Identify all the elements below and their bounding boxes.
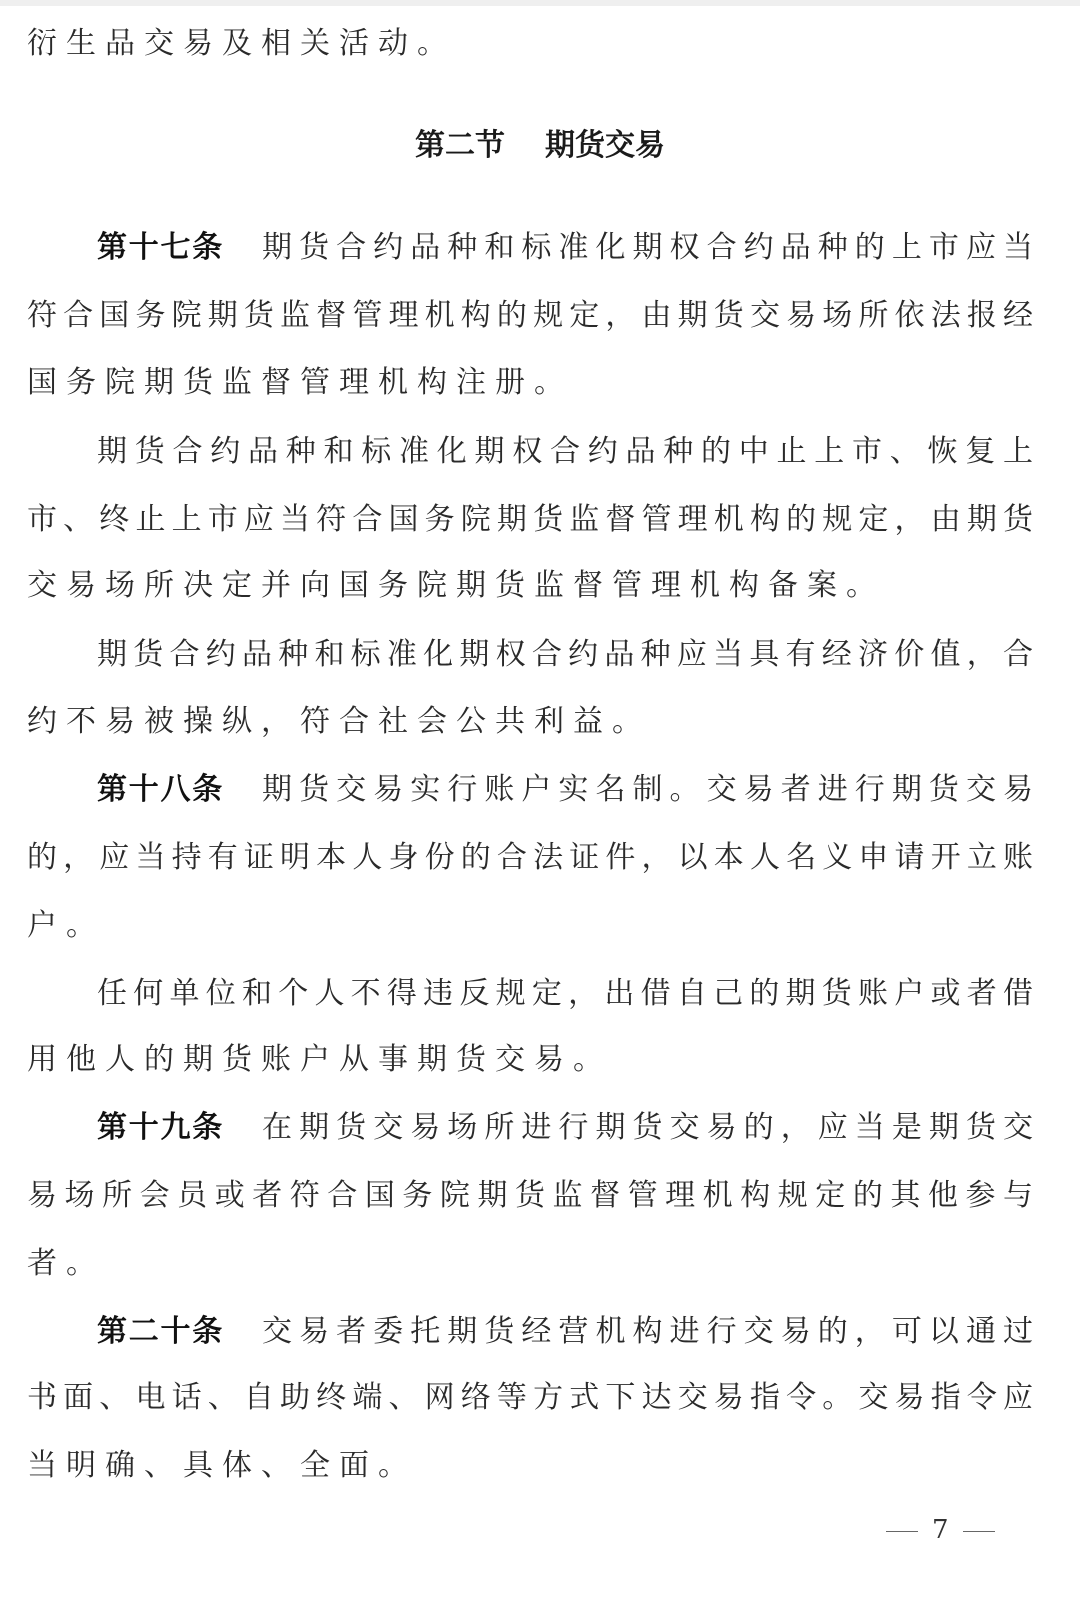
text-line: 用他人的期货账户从事期货交易。 bbox=[27, 1040, 1033, 1080]
article-label: 第二十条 bbox=[97, 1314, 224, 1349]
article-18-line-1: 第十八条期 货 交 易 实 行 账 户 实 名 制 。 交 易 者 进 行 期 … bbox=[97, 770, 1033, 810]
text-line: 期 货 合 约 品 种 和 标 准 化 期 权 合 约 品 种 的 中 止 上 … bbox=[97, 432, 1033, 472]
article-label: 第十七条 bbox=[97, 230, 224, 265]
section-heading: 第二节期货交易 bbox=[0, 126, 1080, 166]
text-line: 易 场 所 会 员 或 者 符 合 国 务 院 期 货 监 督 管 理 机 构 … bbox=[27, 1176, 1033, 1216]
text-line: 市 、 终 止 上 市 应 当 符 合 国 务 院 期 货 监 督 管 理 机 … bbox=[27, 500, 1033, 540]
dash-right bbox=[963, 1531, 995, 1532]
article-label: 第十九条 bbox=[97, 1110, 224, 1145]
text-line: 任 何 单 位 和 个 人 不 得 违 反 规 定 ， 出 借 自 己 的 期 … bbox=[97, 974, 1033, 1014]
page-number: 7 bbox=[872, 1512, 1009, 1548]
article-17-line-1: 第十七条期 货 合 约 品 种 和 标 准 化 期 权 合 约 品 种 的 上 … bbox=[97, 228, 1033, 268]
text-line: 国务院期货监督管理机构注册。 bbox=[27, 363, 1033, 403]
section-title: 期货交易 bbox=[545, 128, 665, 163]
text-line: 者。 bbox=[27, 1244, 1033, 1284]
article-20-line-1: 第二十条交 易 者 委 托 期 货 经 营 机 构 进 行 交 易 的 ， 可 … bbox=[97, 1312, 1033, 1352]
text-line: 约不易被操纵，符合社会公共利益。 bbox=[27, 702, 1033, 742]
text-line: 衍生品交易及相关活动。 bbox=[27, 24, 1033, 64]
text-line: 户。 bbox=[27, 906, 1033, 946]
text-line: 期 货 合 约 品 种 和 标 准 化 期 权 合 约 品 种 应 当 具 有 … bbox=[97, 635, 1033, 675]
article-19-line-1: 第十九条在 期 货 交 易 场 所 进 行 期 货 交 易 的 ， 应 当 是 … bbox=[97, 1108, 1033, 1148]
text-line: 书 面 、 电 话 、 自 助 终 端 、 网 络 等 方 式 下 达 交 易 … bbox=[27, 1378, 1033, 1418]
dash-left bbox=[886, 1531, 918, 1532]
text-line: 交易场所决定并向国务院期货监督管理机构备案。 bbox=[27, 566, 1033, 606]
section-number: 第二节 bbox=[415, 128, 505, 163]
text-line: 符 合 国 务 院 期 货 监 督 管 理 机 构 的 规 定 ， 由 期 货 … bbox=[27, 296, 1033, 336]
article-label: 第十八条 bbox=[97, 772, 224, 807]
text-line: 当明确、具体、全面。 bbox=[27, 1446, 1033, 1486]
top-edge bbox=[0, 0, 1080, 6]
text-line: 的 ， 应 当 持 有 证 明 本 人 身 份 的 合 法 证 件 ， 以 本 … bbox=[27, 838, 1033, 878]
